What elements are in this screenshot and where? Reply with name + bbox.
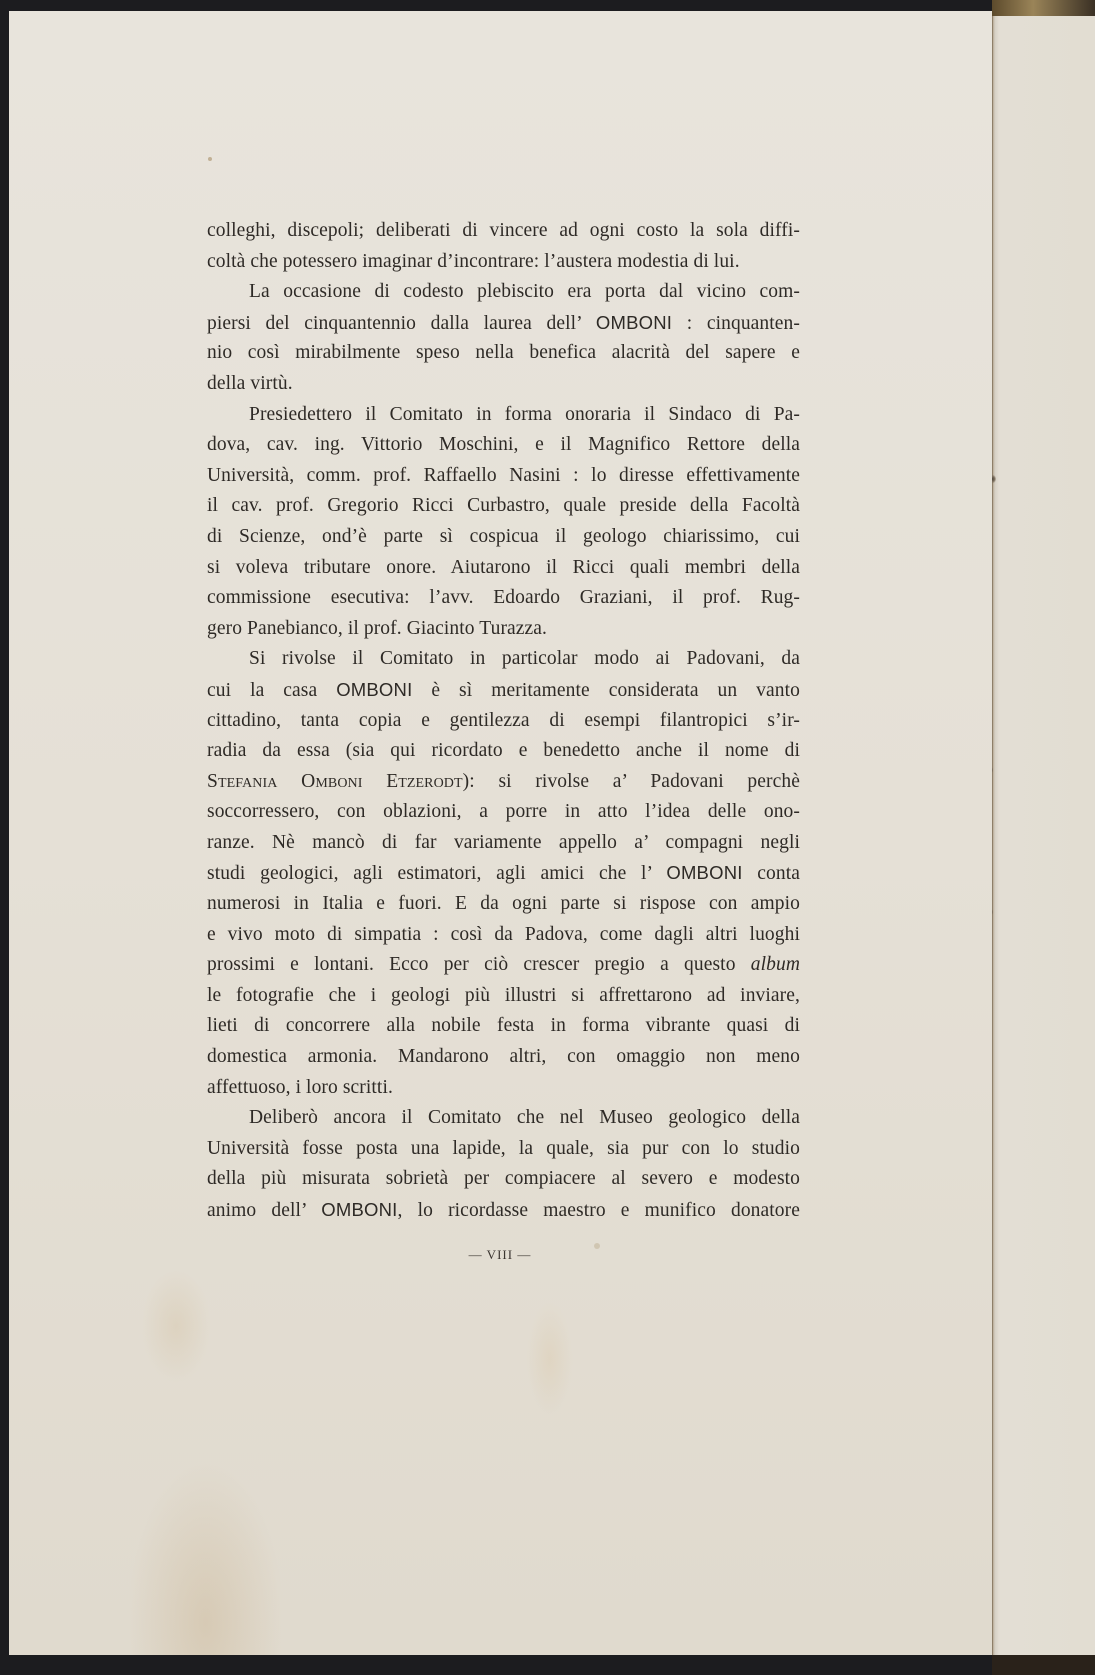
- text-line: La occasione di codesto plebiscito era p…: [207, 277, 800, 308]
- text-line: Si rivolse il Comitato in particolar mod…: [207, 644, 800, 675]
- text-line: ranze. Nè mancò di far variamente appell…: [207, 828, 800, 859]
- text-line: e vivo moto di simpatia : così da Padova…: [207, 920, 800, 951]
- text-line: coltà che potessero imaginar d’incontrar…: [207, 247, 800, 278]
- text-line: si voleva tributare onore. Aiutarono il …: [207, 553, 800, 584]
- text-line: commissione esecutiva: l’avv. Edoardo Gr…: [207, 583, 800, 614]
- text-line: il cav. prof. Gregorio Ricci Curbastro, …: [207, 491, 800, 522]
- text-line: le fotografie che i geologi più illustri…: [207, 981, 800, 1012]
- page-number: — VIII —: [0, 1247, 1000, 1263]
- text-line: Stefania Omboni Etzerodt): si rivolse a’…: [207, 767, 800, 798]
- adjacent-page-top-edge: [992, 0, 1095, 16]
- adjacent-page-edge: [992, 16, 1095, 1656]
- text-line: soccorressero, con oblazioni, a porre in…: [207, 797, 800, 828]
- text-line: piersi del cinquantennio dalla laurea de…: [207, 308, 800, 339]
- omboni-name: OMBONI: [596, 312, 672, 333]
- text-line: Presiedettero il Comitato in forma onora…: [207, 400, 800, 431]
- text-line: affettuoso, i loro scritti.: [207, 1073, 800, 1104]
- text-line: dova, cav. ing. Vittorio Moschini, e il …: [207, 430, 800, 461]
- text-line: lieti di concorrere alla nobile festa in…: [207, 1011, 800, 1042]
- text-line: Università fosse posta una lapide, la qu…: [207, 1134, 800, 1165]
- omboni-name: OMBONI: [336, 679, 412, 700]
- omboni-name: OMBONI: [666, 862, 742, 883]
- text-line: Università, comm. prof. Raffaello Nasini…: [207, 461, 800, 492]
- text-line: animo dell’ OMBONI, lo ricordasse maestr…: [207, 1195, 800, 1226]
- text-line: radia da essa (sia qui ricordato e bened…: [207, 736, 800, 767]
- text-line: domestica armonia. Mandarono altri, con …: [207, 1042, 800, 1073]
- omboni-name: OMBONI: [321, 1199, 397, 1220]
- text-line: cittadino, tanta copia e gentilezza di e…: [207, 706, 800, 737]
- text-line: numerosi in Italia e fuori. E da ogni pa…: [207, 889, 800, 920]
- italic-word: album: [751, 954, 800, 975]
- text-line: nio così mirabilmente speso nella benefi…: [207, 338, 800, 369]
- text-line: della virtù.: [207, 369, 800, 400]
- text-line: della più misurata sobrietà per compiace…: [207, 1164, 800, 1195]
- text-line: studi geologici, agli estimatori, agli a…: [207, 858, 800, 889]
- adjacent-page-bottom-edge: [992, 1655, 1095, 1675]
- paper-speck: [208, 157, 212, 161]
- text-line: colleghi, discepoli; deliberati di vince…: [207, 216, 800, 247]
- text-line: gero Panebianco, il prof. Giacinto Turaz…: [207, 614, 800, 645]
- text-line: di Scienze, ond’è parte sì cospicua il g…: [207, 522, 800, 553]
- text-line: Deliberò ancora il Comitato che nel Muse…: [207, 1103, 800, 1134]
- text-line: cui la casa OMBONI è sì meritamente cons…: [207, 675, 800, 706]
- small-caps-name: Stefania Omboni Etzerodt: [207, 771, 463, 792]
- body-text: colleghi, discepoli; deliberati di vince…: [207, 216, 800, 1226]
- text-line: prossimi e lontani. Ecco per ciò crescer…: [207, 950, 800, 981]
